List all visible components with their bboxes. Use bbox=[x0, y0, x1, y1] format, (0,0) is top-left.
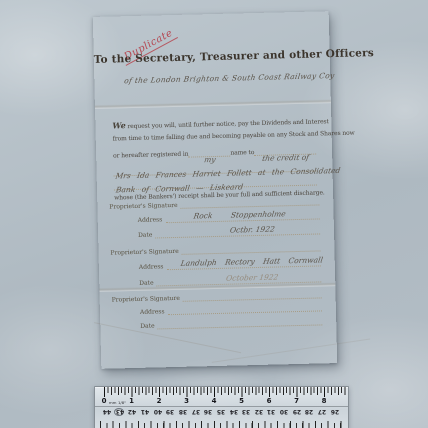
date-line-3 bbox=[158, 315, 323, 329]
body-line-1: We request you will, until further notic… bbox=[112, 116, 315, 131]
address-label-2: Address bbox=[139, 263, 164, 271]
inch-number: 2 bbox=[157, 397, 162, 405]
body-line-3: or hereafter registered in my name to th… bbox=[113, 145, 316, 160]
dividend-mandate-form: Duplicate To the Secretary, Treasurer an… bbox=[93, 11, 338, 369]
address-row-2: Address Landulph Rectory Hatt Cornwall bbox=[139, 256, 321, 270]
body-opening-word: We bbox=[112, 120, 125, 130]
cm-number: 40 bbox=[153, 408, 161, 415]
ruler-mm-label: mm bbox=[109, 400, 116, 405]
ruler-cm-ticks bbox=[100, 421, 346, 428]
cm-number: 37 bbox=[191, 408, 199, 415]
address-row-3: Address bbox=[140, 301, 322, 315]
cm-number: 34 bbox=[229, 408, 237, 415]
inch-number: 0 bbox=[102, 397, 107, 405]
cm-number: 41 bbox=[141, 408, 149, 415]
inch-number: 4 bbox=[212, 397, 217, 405]
signature-line-2 bbox=[182, 241, 321, 254]
cm-number: 29 bbox=[293, 408, 301, 415]
name-mode-blank: my bbox=[188, 147, 230, 158]
ruler-midline bbox=[95, 406, 348, 407]
photo-background-fabric: Duplicate To the Secretary, Treasurer an… bbox=[0, 0, 428, 428]
date-label-1: Date bbox=[138, 232, 153, 239]
handwritten-address-1: Rock Stoppenholme bbox=[193, 209, 286, 220]
company-name-handwritten: of the London Brighton & South Coast Rai… bbox=[124, 72, 311, 86]
address-line-3 bbox=[167, 301, 322, 315]
credit-blank: the credit of bbox=[254, 145, 316, 157]
cm-number: 38 bbox=[179, 408, 187, 415]
signature-label-3: Proprietor's Signature bbox=[112, 295, 180, 304]
cm-number: 36 bbox=[204, 408, 212, 415]
address-label-1: Address bbox=[138, 216, 163, 224]
cm-number: 30 bbox=[280, 408, 288, 415]
body-line-3-mid: name to bbox=[230, 149, 254, 157]
inch-number: 3 bbox=[184, 397, 189, 405]
address-label-3: Address bbox=[140, 308, 165, 316]
cm-number: 44 bbox=[103, 408, 111, 415]
signature-label-1: Proprietor's Signature bbox=[109, 202, 177, 211]
signature-row-2: Proprietor's Signature bbox=[110, 241, 320, 256]
transparent-ruler: 012345678 mm 1/8" 4443424140393837363534… bbox=[94, 386, 349, 428]
cm-number: 39 bbox=[166, 408, 174, 415]
date-label-2: Date bbox=[139, 280, 154, 287]
handwritten-date-2: October 1922 bbox=[226, 272, 280, 282]
date-line-1: Octbr. 1922 bbox=[155, 224, 320, 238]
signature-line-1 bbox=[180, 195, 319, 208]
fold-crease-upper bbox=[95, 99, 331, 109]
inch-number: 7 bbox=[294, 397, 299, 405]
address-line-2: Landulph Rectory Hatt Cornwall bbox=[166, 256, 321, 270]
body-line-2: from time to time falling due and becomi… bbox=[113, 131, 316, 143]
ruler-inch-ticks bbox=[104, 387, 346, 397]
cm-number: 31 bbox=[267, 408, 275, 415]
cm-number: 43 bbox=[115, 408, 123, 415]
handwritten-date-1: Octbr. 1922 bbox=[230, 225, 276, 235]
date-row-1: Date Octbr. 1922 bbox=[138, 224, 320, 238]
cm-number: 28 bbox=[305, 408, 313, 415]
date-label-3: Date bbox=[140, 323, 155, 330]
signature-label-2: Proprietor's Signature bbox=[110, 248, 178, 257]
body-line-3-prefix: or hereafter registered in bbox=[113, 151, 188, 160]
address-row-1: Address Rock Stoppenholme bbox=[138, 209, 320, 223]
cm-number: 35 bbox=[217, 408, 225, 415]
inch-number: 1 bbox=[129, 397, 134, 405]
inch-number: 8 bbox=[322, 397, 327, 405]
cm-number: 27 bbox=[318, 408, 326, 415]
signature-line-3 bbox=[183, 288, 322, 301]
inch-number: 6 bbox=[267, 397, 272, 405]
inch-number: 5 bbox=[239, 397, 244, 405]
date-row-3: Date bbox=[140, 315, 322, 329]
cm-number: 26 bbox=[331, 408, 339, 415]
cm-number: 32 bbox=[255, 408, 263, 415]
ruler-inch-row: 012345678 bbox=[95, 397, 348, 406]
cm-number: 42 bbox=[128, 408, 136, 415]
handwritten-address-2: Landulph Rectory Hatt Cornwall bbox=[180, 255, 323, 268]
body-line-1-text: request you will, until further notice, … bbox=[127, 118, 329, 130]
ruler-cm-row: 44434241403938373635343332313029282726 bbox=[95, 408, 348, 416]
address-line-1: Rock Stoppenholme bbox=[165, 209, 320, 223]
ruler-eighth-label: 1/8" bbox=[118, 400, 126, 405]
cm-number: 33 bbox=[242, 408, 250, 415]
